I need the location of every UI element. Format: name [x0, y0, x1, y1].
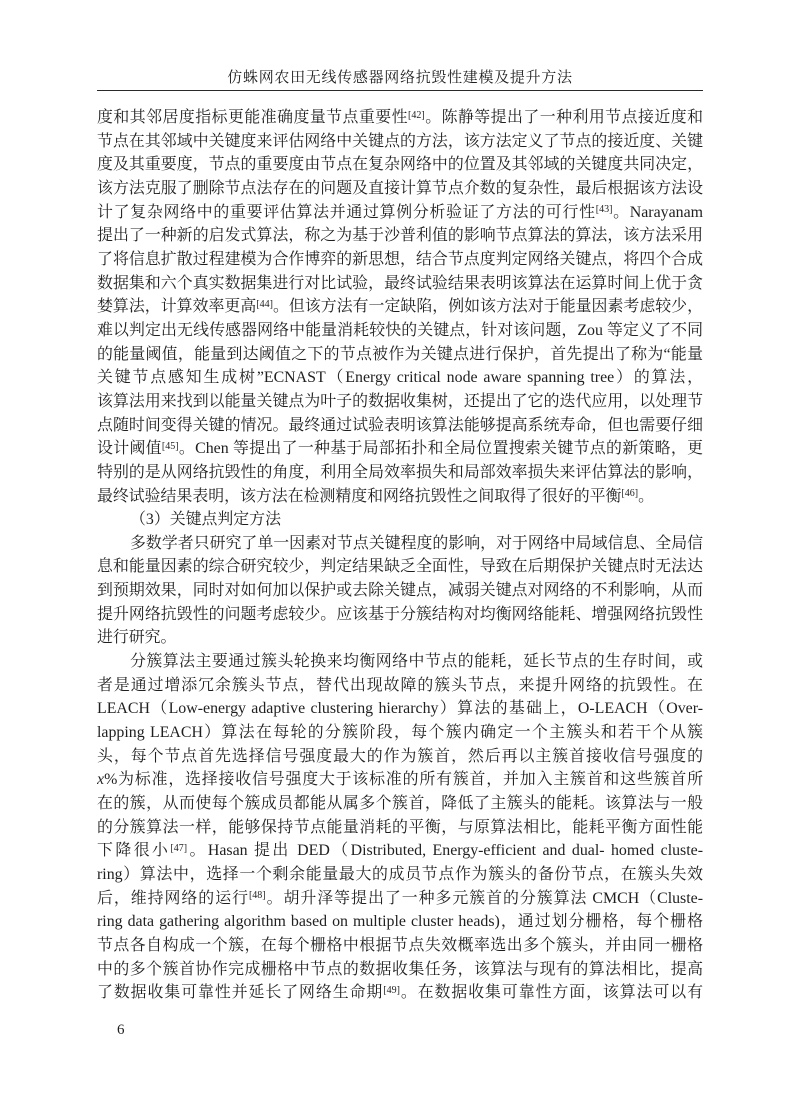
math-variable: x — [97, 771, 104, 788]
text-line: 进行研究。 — [97, 626, 703, 650]
paragraph: 多数学者只研究了单一因素对节点关键程度的影响，对于网络中局域信息、全局信息和能量… — [97, 532, 703, 650]
text-line: 度和其邻居度指标更能准确度量节点重要性[42]。陈静等提出了一种利用节点接近度和 — [97, 106, 703, 130]
reference-superscript: [43] — [596, 204, 613, 215]
paragraph: （3）关键点判定方法 — [97, 508, 703, 532]
text-line: 婪算法，计算效率更高[44]。但该方法有一定缺陷，例如该方法对于能量因素考虑较少… — [97, 295, 703, 319]
text-line: 提升网络抗毁性的问题考虑较少。应该基于分簇结构对均衡网络能耗、增强网络抗毁性 — [97, 603, 703, 627]
text-line: 的分簇算法一样，能够保持节点能量消耗的平衡，与原算法相比，能耗平衡方面性能 — [97, 816, 703, 840]
text-line: 最终试验结果表明，该方法在检测精度和网络抗毁性之间取得了很好的平衡[46]。 — [97, 485, 703, 509]
paragraph: 度和其邻居度指标更能准确度量节点重要性[42]。陈静等提出了一种利用节点接近度和… — [97, 106, 703, 508]
text-line: 点随时间变得关键的情况。最终通过试验表明该算法能够提高系统寿命，但也需要仔细 — [97, 414, 703, 438]
text-line: 节点在其邻域中关键度来评估网络中关键点的方法，该方法定义了节点的接近度、关键 — [97, 130, 703, 154]
text-line: 设计阈值[45]。Chen 等提出了一种基于局部拓扑和全局位置搜索关键节点的新策… — [97, 437, 703, 461]
text-line: 到预期效果，同时对如何加以保护或去除关键点，减弱关键点对网络的不利影响，从而 — [97, 579, 703, 603]
text-line: 难以判定出无线传感器网络中能量消耗较快的关键点，针对该问题，Zou 等定义了不同 — [97, 319, 703, 343]
text-line: 了将信息扩散过程建模为合作博弈的新思想，结合节点度判定网络关键点，将四个合成 — [97, 248, 703, 272]
text-line: 了数据收集可靠性并延长了网络生命期[49]。在数据收集可靠性方面，该算法可以有 — [97, 981, 703, 1005]
text-line: 数据集和六个真实数据集进行对比试验，最终试验结果表明该算法在运算时间上优于贪 — [97, 272, 703, 296]
text-line: 特别的是从网络抗毁性的角度，利用全局效率损失和局部效率损失来评估算法的影响， — [97, 461, 703, 485]
reference-superscript: [47] — [170, 843, 187, 854]
reference-superscript: [42] — [408, 110, 425, 121]
text-line: 多数学者只研究了单一因素对节点关键程度的影响，对于网络中局域信息、全局信 — [97, 532, 703, 556]
text-line: 者是通过增添冗余簇头节点，替代出现故障的簇头节点，来提升网络的抗毁性。在 — [97, 674, 703, 698]
text-line: 节点各自构成一个簇，在每个栅格中根据节点失效概率选出多个簇头，并由同一栅格 — [97, 934, 703, 958]
text-line: 关键节点感知生成树”ECNAST（Energy critical node aw… — [97, 366, 703, 390]
reference-superscript: [44] — [256, 299, 273, 310]
text-line: 头，每个节点首先选择信号强度最大的作为簇首，然后再以主簇首接收信号强度的 — [97, 745, 703, 769]
body-text: 度和其邻居度指标更能准确度量节点重要性[42]。陈静等提出了一种利用节点接近度和… — [97, 106, 703, 1005]
text-line: 后，维持网络的运行[48]。胡升泽等提出了一种多元簇首的分簇算法 CMCH（Cl… — [97, 887, 703, 911]
reference-superscript: [48] — [249, 890, 266, 901]
text-line: 息和能量因素的综合研究较少，判定结果缺乏全面性，导致在后期保护关键点时无法达 — [97, 555, 703, 579]
text-line: 该方法克服了删除节点法存在的问题及直接计算节点介数的复杂性，最后根据该方法设 — [97, 177, 703, 201]
text-line: 的能量阈值，能量到达阈值之下的节点被作为关键点进行保护，首先提出了称为“能量 — [97, 343, 703, 367]
text-line: 下降很小[47]。Hasan 提出 DED（Distributed, Energ… — [97, 839, 703, 863]
text-line: LEACH（Low-energy adaptive clustering hie… — [97, 697, 703, 721]
paragraph: 分簇算法主要通过簇头轮换来均衡网络中节点的能耗，延长节点的生存时间，或者是通过增… — [97, 650, 703, 1005]
text-line: （3）关键点判定方法 — [97, 508, 703, 532]
text-line: x%为标准，选择接收信号强度大于该标准的所有簇首，并加入主簇首和这些簇首所 — [97, 768, 703, 792]
text-line: ring）算法中，选择一个剩余能量最大的成员节点作为簇头的备份节点，在簇头失效 — [97, 863, 703, 887]
text-line: 提出了一种新的启发式算法，称之为基于沙普利值的影响节点算法的算法，该方法采用 — [97, 224, 703, 248]
book-page: 仿蛛网农田无线传感器网络抗毁性建模及提升方法 度和其邻居度指标更能准确度量节点重… — [0, 0, 800, 1114]
text-line: ring data gathering algorithm based on m… — [97, 910, 703, 934]
reference-superscript: [45] — [162, 441, 179, 452]
reference-superscript: [46] — [621, 488, 638, 499]
text-line: 度及其重要度，节点的重要度由节点在复杂网络中的位置及其邻域的关键度共同决定， — [97, 153, 703, 177]
text-line: 在的簇，从而使每个簇成员都能从属多个簇首，降低了主簇头的能耗。该算法与一般 — [97, 792, 703, 816]
running-header-title: 仿蛛网农田无线传感器网络抗毁性建模及提升方法 — [97, 66, 703, 87]
reference-superscript: [49] — [383, 985, 400, 996]
page-number: 6 — [117, 1022, 125, 1039]
text-line: lapping LEACH）算法在每轮的分簇阶段，每个簇内确定一个主簇头和若干个… — [97, 721, 703, 745]
header-rule — [97, 90, 703, 91]
text-line: 该算法用来找到以能量关键点为叶子的数据收集树，还提出了它的迭代应用，以处理节 — [97, 390, 703, 414]
text-line: 中的多个簇首协作完成栅格中节点的数据收集任务，该算法与现有的算法相比，提高 — [97, 958, 703, 982]
text-line: 计了复杂网络中的重要评估算法并通过算例分析验证了方法的可行性[43]。Naray… — [97, 201, 703, 225]
text-line: 分簇算法主要通过簇头轮换来均衡网络中节点的能耗，延长节点的生存时间，或 — [97, 650, 703, 674]
